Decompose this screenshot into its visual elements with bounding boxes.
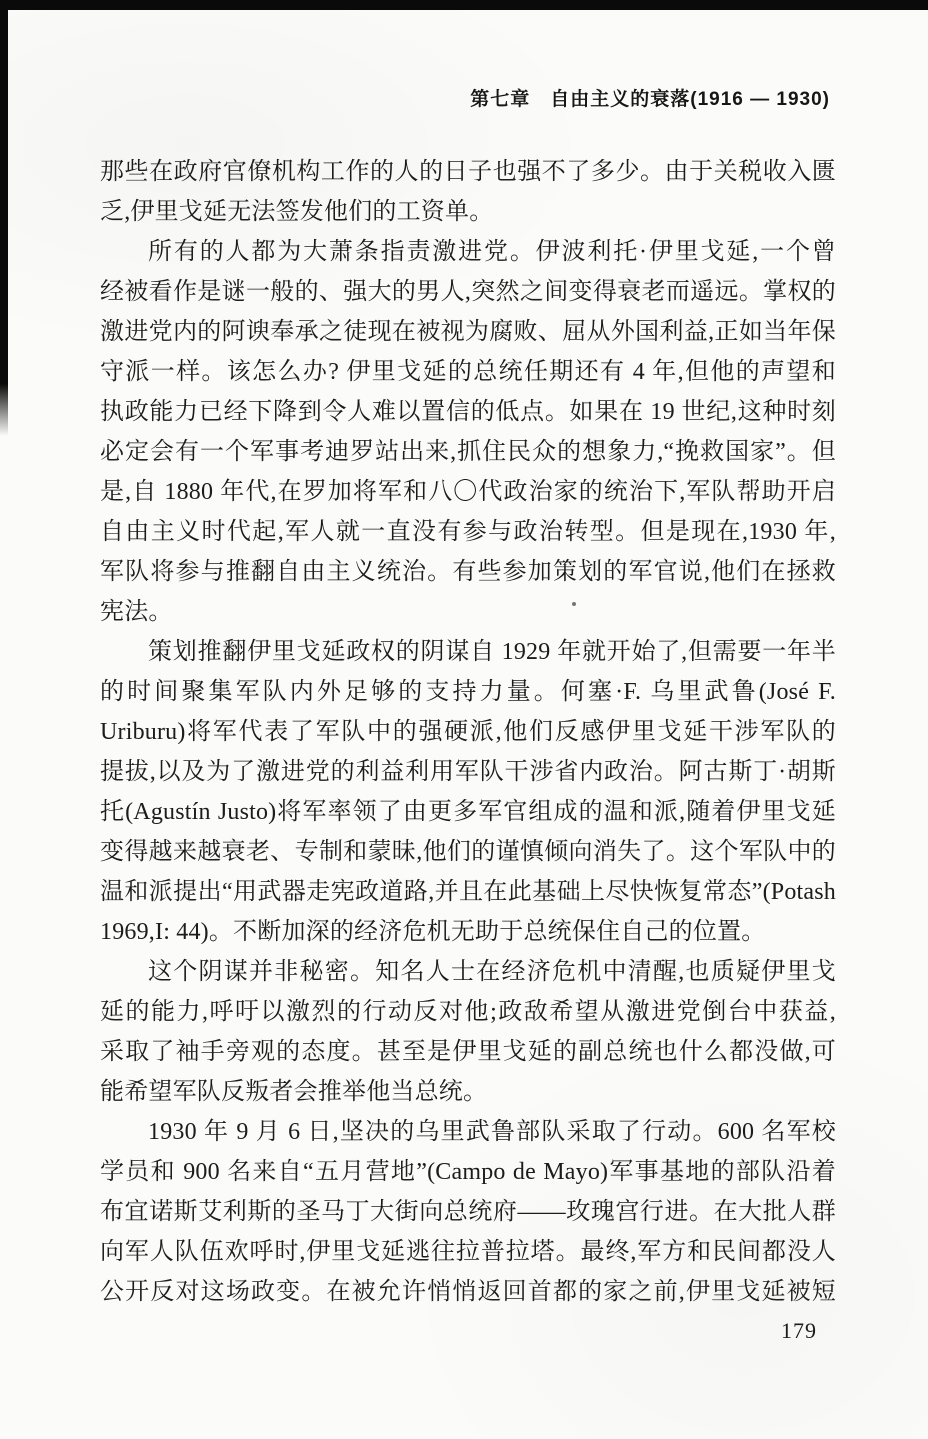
scan-speck (572, 602, 576, 606)
text-line: 经被看作是谜一般的、强大的男人,突然之间变得衰老而遥远。掌权的 (100, 272, 836, 312)
page-number: 179 (781, 1318, 817, 1344)
text-line: 激进党内的阿谀奉承之徒现在被视为腐败、屈从外国利益,正如当年保 (100, 312, 836, 352)
text-line: 所有的人都为大萧条指责激进党。伊波利托·伊里戈延,一个曾 (100, 232, 836, 272)
text-line: 1969,I: 44)。不断加深的经济危机无助于总统保住自己的位置。 (100, 912, 836, 952)
text-line: 提拔,以及为了激进党的利益利用军队干涉省内政治。阿古斯丁·胡斯 (100, 752, 836, 792)
text-line: 托(Agustín Justo)将军率领了由更多军官组成的温和派,随着伊里戈延 (100, 792, 836, 832)
text-line: 延的能力,呼吁以激烈的行动反对他;政敌希望从激进党倒台中获益, (100, 992, 836, 1032)
scan-edge-top (0, 0, 928, 10)
text-line: 变得越来越衰老、专制和蒙昧,他们的谨慎倾向消失了。这个军队中的 (100, 832, 836, 872)
text-line: 是,自 1880 年代,在罗加将军和八〇代政治家的统治下,军队帮助开启 (100, 472, 836, 512)
text-line: 那些在政府官僚机构工作的人的日子也强不了多少。由于关税收入匮 (100, 152, 836, 192)
text-line: 这个阴谋并非秘密。知名人士在经济危机中清醒,也质疑伊里戈 (100, 952, 836, 992)
text-line: 采取了袖手旁观的态度。甚至是伊里戈延的副总统也什么都没做,可 (100, 1032, 836, 1072)
text-line: 公开反对这场政变。在被允许悄悄返回首都的家之前,伊里戈延被短 (100, 1272, 836, 1312)
text-line: 的时间聚集军队内外足够的支持力量。何塞·F. 乌里武鲁(José F. (100, 672, 836, 712)
scan-edge-left (0, 0, 8, 436)
text-line: 能希望军队反叛者会推举他当总统。 (100, 1072, 836, 1112)
book-page: 第七章 自由主义的衰落(1916 — 1930) 那些在政府官僚机构工作的人的日… (0, 0, 928, 1439)
text-line: 自由主义时代起,军人就一直没有参与政治转型。但是现在,1930 年, (100, 512, 836, 552)
running-head: 第七章 自由主义的衰落(1916 — 1930) (470, 84, 830, 111)
text-line: 执政能力已经下降到令人难以置信的低点。如果在 19 世纪,这种时刻 (100, 392, 836, 432)
text-line: 乏,伊里戈延无法签发他们的工资单。 (100, 192, 836, 232)
text-line: 学员和 900 名来自“五月营地”(Campo de Mayo)军事基地的部队沿… (100, 1152, 836, 1192)
text-line: 布宜诺斯艾利斯的圣马丁大街向总统府——玫瑰宫行进。在大批人群 (100, 1192, 836, 1232)
text-line: 向军人队伍欢呼时,伊里戈延逃往拉普拉塔。最终,军方和民间都没人 (100, 1232, 836, 1272)
text-line: 宪法。 (100, 592, 836, 632)
text-line: 必定会有一个军事考迪罗站出来,抓住民众的想象力,“挽救国家”。但 (100, 432, 836, 472)
text-line: 守派一样。该怎么办? 伊里戈延的总统任期还有 4 年,但他的声望和 (100, 352, 836, 392)
text-line: 温和派提出“用武器走宪政道路,并且在此基础上尽快恢复常态”(Potash (100, 872, 836, 912)
text-line: 军队将参与推翻自由主义统治。有些参加策划的军官说,他们在拯救 (100, 552, 836, 592)
text-line: 1930 年 9 月 6 日,坚决的乌里武鲁部队采取了行动。600 名军校 (100, 1112, 836, 1152)
text-line: 策划推翻伊里戈延政权的阴谋自 1929 年就开始了,但需要一年半 (100, 632, 836, 672)
text-line: Uriburu)将军代表了军队中的强硬派,他们反感伊里戈延干涉军队的 (100, 712, 836, 752)
body-text: 那些在政府官僚机构工作的人的日子也强不了多少。由于关税收入匮 乏,伊里戈延无法签… (100, 152, 836, 1312)
